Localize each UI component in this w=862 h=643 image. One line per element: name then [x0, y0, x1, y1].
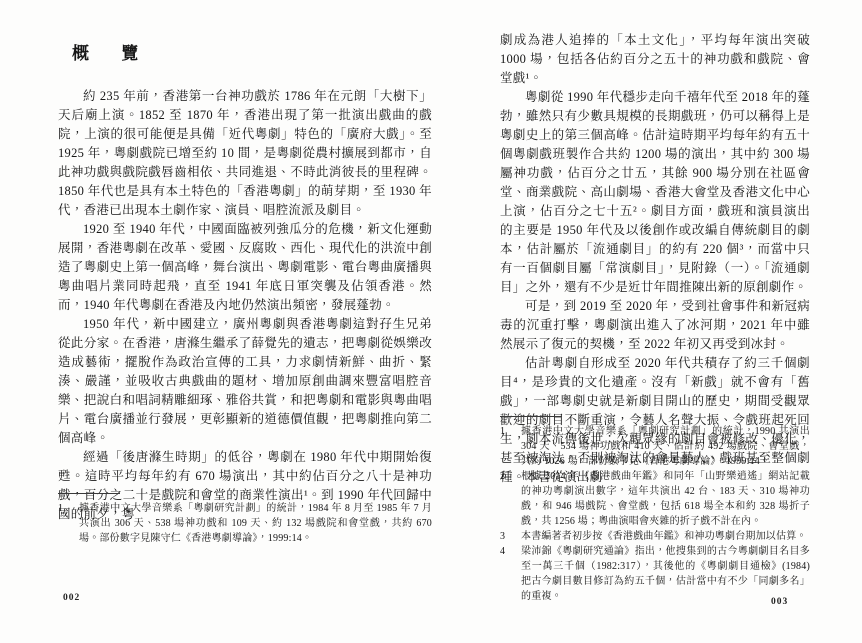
left-page-paragraphs: 約 235 年前，香港第一台神功戲於 1786 年在元朗「大樹下」天后廟上演。1… [58, 87, 432, 524]
paragraph: 可是，到 2019 至 2020 年，受到社會事件和新冠病毒的沉重打擊，粵劇演出… [500, 297, 810, 354]
page-number-left: 002 [63, 593, 80, 603]
left-footnote-list: 1據香港中文大學音樂系「粵劇研究計劃」的統計，1984 年 8 月至 1985 … [58, 501, 432, 546]
footnote-text: 據香港中文大學音樂系「粵劇研究計劃」的統計，1984 年 8 月至 1985 年… [79, 501, 432, 546]
footnote-separator [58, 493, 120, 494]
footnote-text: 根據 2014 年《香港戲曲年鑑》和同年「山野樂逍遙」網站記載的神功粵劇演出數字… [521, 469, 810, 529]
footnote-number: 1 [500, 424, 521, 469]
left-page-footnotes: 1據香港中文大學音樂系「粵劇研究計劃」的統計，1984 年 8 月至 1985 … [58, 493, 432, 546]
footnote-number: 4 [500, 544, 521, 604]
footnote-number: 1 [58, 501, 79, 546]
paragraph: 粵劇從 1990 年代穩步走向千禧年代至 2018 年的蓬勃，雖然只有少數具規模… [500, 88, 810, 297]
footnote: 1據香港中文大學音樂系「粵劇研究計劃」的統計，1984 年 8 月至 1985 … [58, 501, 432, 546]
paragraph: 1920 至 1940 年代，中國面臨被列強瓜分的危機，新文化運動展開，香港粵劇… [58, 220, 432, 315]
footnote: 4梁沛錦《粵劇研究通論》指出，他搜集到的古今粵劇劇目名目多至一萬三千個（1982… [500, 544, 810, 604]
footnote: 3本書編著者初步按《香港戲曲年鑑》和神功粵劇台期加以估算。 [500, 529, 810, 544]
page-number-right: 003 [771, 597, 788, 607]
footnote-text: 據香港中文大學音樂系「粵劇研究計劃」的統計，1990 共演出 304 天、534… [521, 424, 810, 469]
book-spread: 概 覽 約 235 年前，香港第一台神功戲於 1786 年在元朗「大樹下」天后廟… [0, 0, 862, 643]
footnote: 1據香港中文大學音樂系「粵劇研究計劃」的統計，1990 共演出 304 天、53… [500, 424, 810, 469]
paragraph: 劇成為港人追捧的「本土文化」，平均每年演出突破 1000 場，包括各佔約百分之五… [500, 31, 810, 88]
right-page-footnotes: 1據香港中文大學音樂系「粵劇研究計劃」的統計，1990 共演出 304 天、53… [500, 416, 810, 604]
left-page-body: 概 覽 約 235 年前，香港第一台神功戲於 1786 年在元朗「大樹下」天后廟… [58, 44, 432, 524]
footnote-text: 本書編著者初步按《香港戲曲年鑑》和神功粵劇台期加以估算。 [521, 529, 810, 544]
paragraph: 1950 年代，新中國建立，廣州粵劇與香港粵劇這對孖生兄弟從此分家。在香港，唐滌… [58, 315, 432, 448]
paragraph: 約 235 年前，香港第一台神功戲於 1786 年在元朗「大樹下」天后廟上演。1… [58, 87, 432, 220]
footnote-separator [500, 416, 562, 417]
footnote-number: 3 [500, 529, 521, 544]
footnote-number: 2 [500, 469, 521, 529]
page-title: 概 覽 [58, 44, 432, 63]
footnote-text: 梁沛錦《粵劇研究通論》指出，他搜集到的古今粵劇劇目名目多至一萬三千個（1982:… [521, 544, 810, 604]
footnote: 2根據 2014 年《香港戲曲年鑑》和同年「山野樂逍遙」網站記載的神功粵劇演出數… [500, 469, 810, 529]
right-footnote-list: 1據香港中文大學音樂系「粵劇研究計劃」的統計，1990 共演出 304 天、53… [500, 424, 810, 604]
